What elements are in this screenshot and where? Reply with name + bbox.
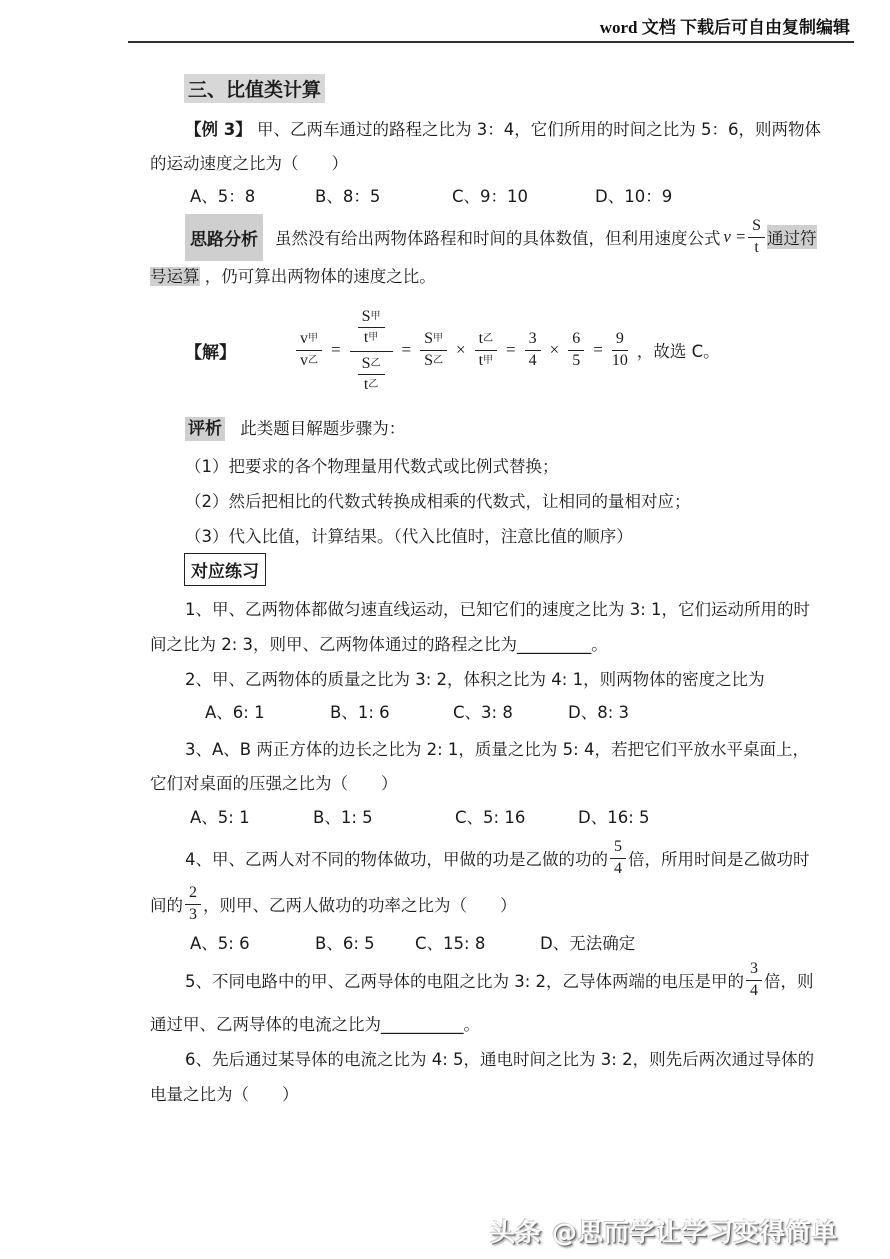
frac-9-10: 9 10: [612, 330, 628, 370]
option-d: D、10：9: [595, 186, 672, 208]
option-a: A、5: 6: [190, 933, 315, 955]
example-label: 【例 3】: [185, 120, 252, 139]
q4-fraction-1: 5 4: [610, 838, 626, 878]
equals-sign: =: [506, 340, 516, 360]
section-title: 三、比值类计算: [184, 74, 325, 103]
q4-line2: 间的 2 3 ，则甲、乙两人做功的功率之比为（ ）: [150, 882, 517, 926]
example-line2: 的运动速度之比为（ ）: [150, 153, 348, 175]
comment-step-3: （3）代入比值，计算结果。（代入比值时，注意比值的顺序）: [185, 526, 633, 548]
analysis-before: 虽然没有给出两物体路程和时间的具体数值，但利用速度公式: [275, 225, 721, 249]
q3-line2: 它们对桌面的压强之比为（ ）: [150, 773, 398, 795]
q1-line2: 间之比为 2: 3，则甲、乙两物体通过的路程之比为_________。: [150, 634, 608, 656]
solution-formula: v甲 v乙 = S甲 t甲 S乙 t乙 =: [294, 306, 720, 395]
option-b: B、8：5: [315, 186, 452, 208]
q5-line2: 通过甲、乙两导体的电流之比为__________。: [150, 1014, 480, 1036]
q4-line1: 4、甲、乙两人对不同的物体做功，甲做的功是乙做的功的 5 4 倍，所用时间是乙做…: [185, 836, 810, 880]
analysis-line2: 号运算 ，仍可算出两物体的速度之比。: [150, 266, 436, 288]
frac-3-4: 3 4: [525, 330, 541, 370]
option-c: C、9：10: [452, 186, 595, 208]
option-b: B、1: 6: [330, 702, 453, 724]
equals-sign: =: [593, 340, 603, 360]
option-d: D、16: 5: [578, 807, 650, 829]
q4-fraction-2: 2 3: [185, 884, 201, 924]
frac-nested: S甲 t甲 S乙 t乙: [350, 306, 393, 395]
q6-line1: 6、先后通过某导体的电流之比为 4: 5，通电时间之比为 3: 2，则先后两次通…: [185, 1049, 814, 1071]
footer-watermark: 头条 @思而学让学习变得简单: [490, 1213, 838, 1249]
solution-tail: ，故选 C。: [637, 338, 720, 362]
times-sign: ×: [456, 340, 466, 360]
option-c: C、15: 8: [415, 933, 540, 955]
analysis-fraction: S t: [748, 217, 765, 257]
analysis-highlight1: 通过符: [767, 225, 817, 249]
q4-options: A、5: 6 B、6: 5 C、15: 8 D、无法确定: [190, 933, 635, 955]
option-c: C、5: 16: [455, 807, 578, 829]
option-b: B、6: 5: [315, 933, 415, 955]
times-sign: ×: [550, 340, 560, 360]
frac-s: S甲 S乙: [420, 330, 447, 370]
analysis-after: ，仍可算出两物体的速度之比。: [205, 267, 436, 286]
solution-label: 【解】: [185, 338, 236, 363]
comment-line: 评析 此类题目解题步骤为：: [185, 418, 405, 440]
header-rule: [128, 41, 854, 43]
example-line1-text: 甲、乙两车通过的路程之比为 3：4，它们所用的时间之比为 5：6，则两物体: [257, 120, 821, 139]
q3-options: A、5: 1 B、1: 5 C、5: 16 D、16: 5: [190, 807, 650, 829]
option-b: B、1: 5: [313, 807, 455, 829]
comment-step-2: （2）然后把相比的代数式转换成相乘的代数式，让相同的量相对应；: [185, 491, 691, 513]
q2-options: A、6: 1 B、1: 6 C、3: 8 D、8: 3: [205, 702, 629, 724]
option-a: A、5：8: [190, 186, 315, 208]
example-line1: 【例 3】 甲、乙两车通过的路程之比为 3：4，它们所用的时间之比为 5：6，则…: [185, 119, 821, 141]
q6-line2: 电量之比为（ ）: [150, 1084, 299, 1106]
q1-line1: 1、甲、乙两物体都做匀速直线运动，已知它们的速度之比为 3: 1，它们运动所用的…: [185, 599, 810, 621]
option-d: D、8: 3: [568, 702, 629, 724]
document-page: word 文档 下载后可自由复制编辑 三、比值类计算 【例 3】 甲、乙两车通过…: [0, 0, 890, 1259]
example-options: A、5：8 B、8：5 C、9：10 D、10：9: [190, 186, 672, 208]
q3-line1: 3、A、B 两正方体的边长之比为 2: 1，质量之比为 5: 4，若把它们平放水…: [185, 739, 809, 761]
frac-6-5: 6 5: [568, 330, 584, 370]
analysis-highlight2: 号运算: [150, 267, 200, 286]
comment-intro: 此类题目解题步骤为：: [240, 419, 405, 438]
analysis-label: 思路分析: [185, 214, 263, 261]
option-d: D、无法确定: [540, 933, 635, 955]
q5-fraction: 3 4: [746, 960, 762, 1000]
option-a: A、6: 1: [205, 702, 330, 724]
option-a: A、5: 1: [190, 807, 313, 829]
option-c: C、3: 8: [453, 702, 568, 724]
equals-sign: =: [331, 340, 341, 360]
frac-t: t乙 t甲: [475, 330, 497, 370]
comment-label: 评析: [185, 417, 225, 441]
equals-sign: =: [402, 340, 412, 360]
analysis-line1: 思路分析 虽然没有给出两物体路程和时间的具体数值，但利用速度公式 v = S t…: [185, 214, 817, 260]
solution-block: 【解】 v甲 v乙 = S甲 t甲 S乙 t乙: [185, 300, 805, 400]
comment-step-1: （1）把要求的各个物理量用代数式或比例式替换；: [185, 456, 559, 478]
q2-line1: 2、甲、乙两物体的质量之比为 3: 2，体积之比为 4: 1，则两物体的密度之比…: [185, 669, 765, 691]
frac-v: v甲 v乙: [296, 330, 322, 370]
analysis-lhs: v =: [724, 227, 747, 247]
header-note: word 文档 下载后可自由复制编辑: [600, 13, 850, 38]
practice-label: 对应练习: [184, 553, 266, 586]
q5-line1: 5、不同电路中的甲、乙两导体的电阻之比为 3: 2，乙导体两端的电压是甲的 3 …: [185, 958, 814, 1002]
